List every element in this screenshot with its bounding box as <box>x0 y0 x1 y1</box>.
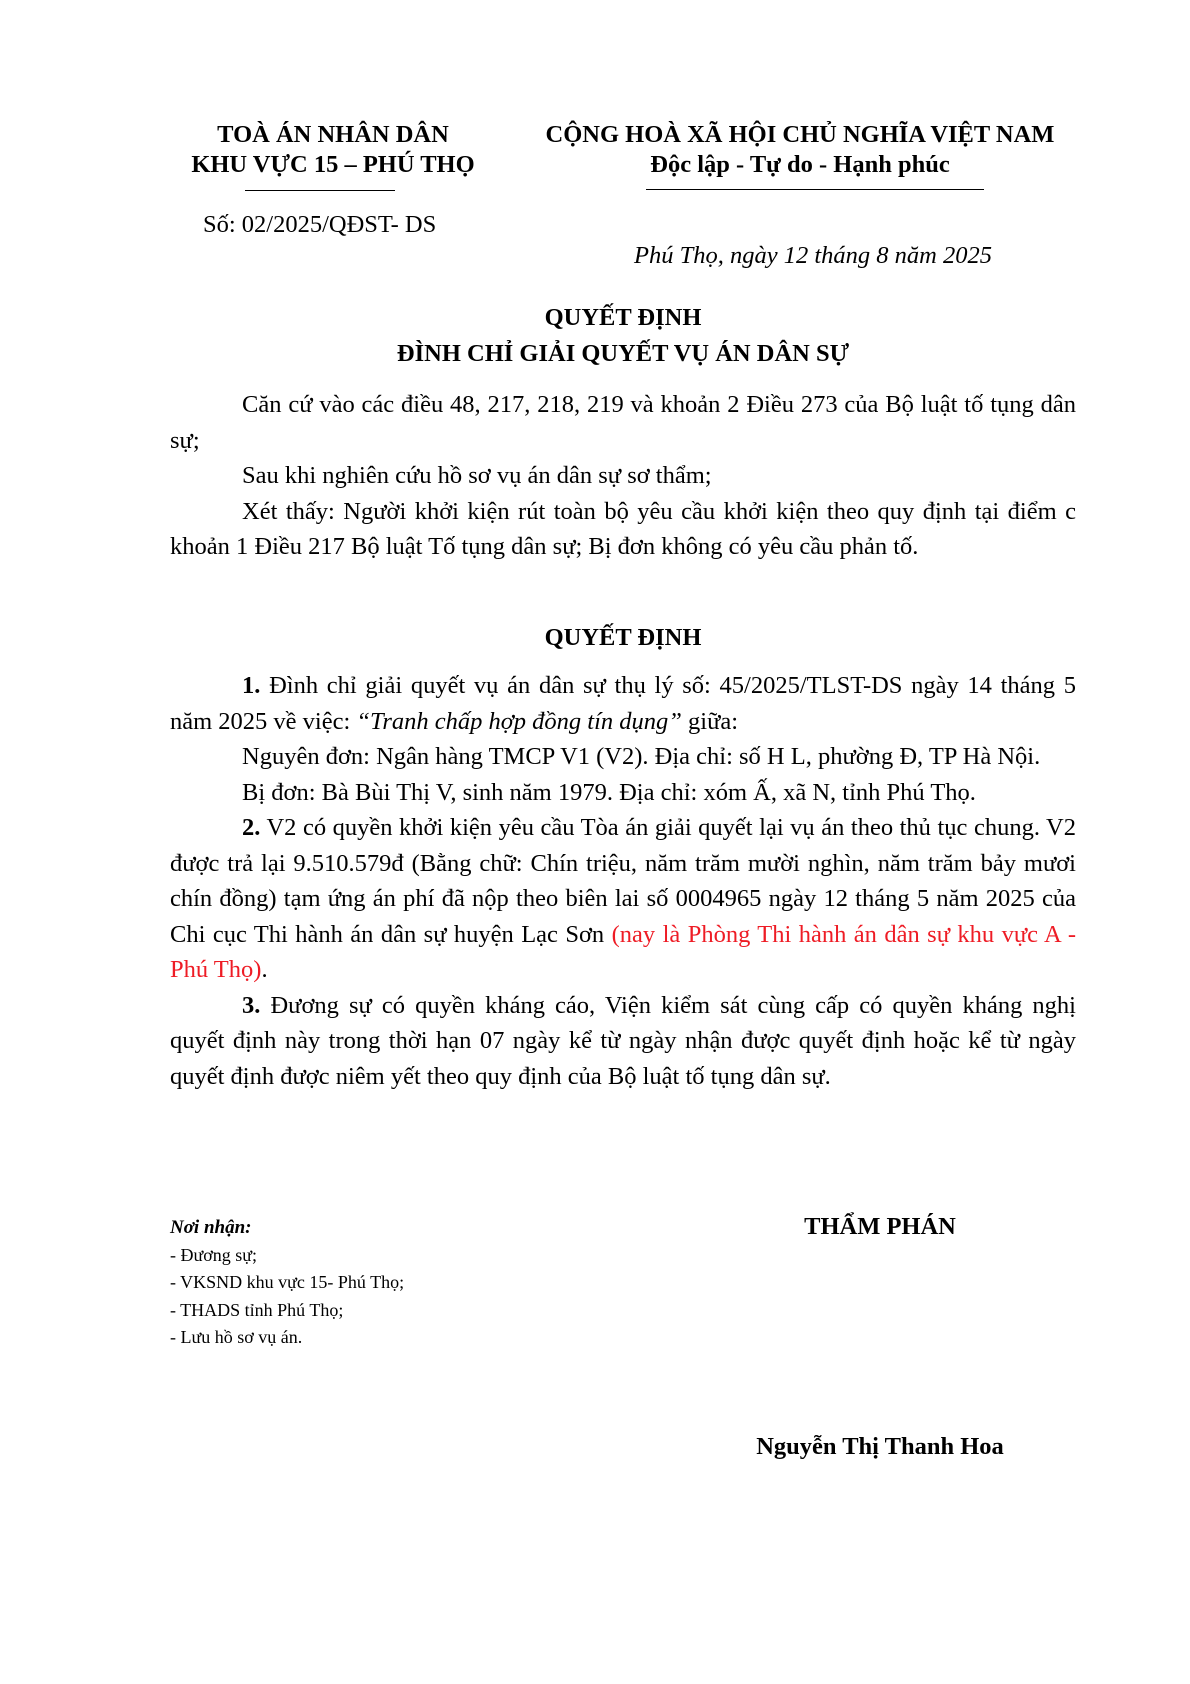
item-3-number: 3. <box>242 992 260 1019</box>
court-name-line1: TOÀ ÁN NHÂN DÂN <box>168 120 498 150</box>
signature-name: Nguyễn Thị Thanh Hoa <box>700 1432 1060 1462</box>
nation-motto-block: CỘNG HOÀ XÃ HỘI CHỦ NGHĨA VIỆT NAM Độc l… <box>520 120 1080 180</box>
defendant: Bị đơn: Bà Bùi Thị V, sinh năm 1979. Địa… <box>170 775 1076 811</box>
item-3-text: Đương sự có quyền kháng cáo, Viện kiểm s… <box>170 992 1076 1090</box>
title-line1: QUYẾT ĐỊNH <box>170 300 1076 336</box>
nation-motto: Độc lập - Tự do - Hạnh phúc <box>520 150 1080 180</box>
decision-heading: QUYẾT ĐỊNH <box>170 623 1076 653</box>
plaintiff: Nguyên đơn: Ngân hàng TMCP V1 (V2). Địa … <box>170 739 1076 775</box>
item-1-text-after: giữa: <box>682 708 738 735</box>
recipients-block: Nơi nhận: - Đương sự; - VKSND khu vực 15… <box>170 1214 590 1352</box>
court-underline <box>245 190 395 191</box>
place-date: Phú Thọ, ngày 12 tháng 8 năm 2025 <box>634 242 992 270</box>
title-line2: ĐÌNH CHỈ GIẢI QUYẾT VỤ ÁN DÂN SỰ <box>170 336 1076 372</box>
item-2-end: . <box>261 956 267 983</box>
legal-basis: Căn cứ vào các điều 48, 217, 218, 219 và… <box>170 387 1076 458</box>
item-1: 1. Đình chỉ giải quyết vụ án dân sự thụ … <box>170 668 1076 739</box>
recipient-item: - Lưu hồ sơ vụ án. <box>170 1324 590 1352</box>
recipient-item: - Đương sự; <box>170 1242 590 1270</box>
case-review: Sau khi nghiên cứu hồ sơ vụ án dân sự sơ… <box>170 458 1076 494</box>
recipients-title: Nơi nhận: <box>170 1214 590 1242</box>
recipient-item: - THADS tỉnh Phú Thọ; <box>170 1297 590 1325</box>
document-number: Số: 02/2025/QĐST- DS <box>203 211 436 239</box>
decision-items: 1. Đình chỉ giải quyết vụ án dân sự thụ … <box>170 668 1076 1094</box>
recipient-item: - VKSND khu vực 15- Phú Thọ; <box>170 1269 590 1297</box>
signature-role: THẨM PHÁN <box>700 1212 1060 1242</box>
item-3: 3. Đương sự có quyền kháng cáo, Viện kiể… <box>170 988 1076 1095</box>
item-2: 2. V2 có quyền khởi kiện yêu cầu Tòa án … <box>170 810 1076 988</box>
case-subject: “Tranh chấp hợp đồng tín dụng” <box>356 708 682 735</box>
item-2-number: 2. <box>242 814 260 841</box>
court-name-block: TOÀ ÁN NHÂN DÂN KHU VỰC 15 – PHÚ THỌ <box>168 120 498 180</box>
motto-underline <box>646 189 984 190</box>
nation-name: CỘNG HOÀ XÃ HỘI CHỦ NGHĨA VIỆT NAM <box>520 120 1080 150</box>
item-1-number: 1. <box>242 672 260 699</box>
court-name-line2: KHU VỰC 15 – PHÚ THỌ <box>168 150 498 180</box>
findings: Xét thấy: Người khởi kiện rút toàn bộ yê… <box>170 494 1076 565</box>
document-title: QUYẾT ĐỊNH ĐÌNH CHỈ GIẢI QUYẾT VỤ ÁN DÂN… <box>170 300 1076 372</box>
preamble: Căn cứ vào các điều 48, 217, 218, 219 và… <box>170 387 1076 565</box>
